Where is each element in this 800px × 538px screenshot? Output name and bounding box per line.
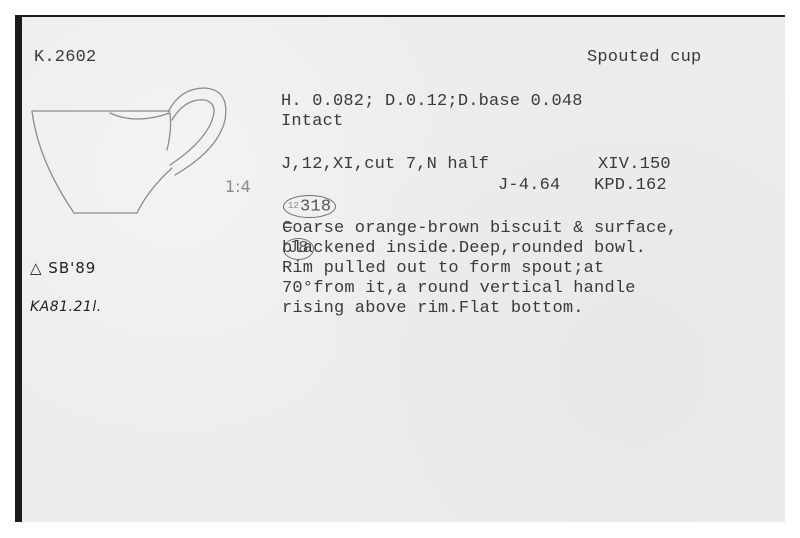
findspot: J,12,XI,cut 7,N half	[281, 155, 489, 175]
condition: Intact	[281, 112, 343, 132]
handwritten-note-sb89: △ SB'89	[30, 259, 96, 277]
catalog-number: K.2602	[34, 48, 96, 68]
description-line: blackened inside.Deep,rounded bowl.	[282, 239, 646, 259]
dimensions: H. 0.082; D.0.12;D.base 0.048	[281, 92, 583, 112]
handwritten-note-ka81: KA81.21l.	[30, 299, 102, 315]
drawing-ref-prefix: 12	[288, 201, 299, 211]
inventory-ref: XIV.150	[598, 155, 671, 175]
kpd-ref: KPD.162	[594, 176, 667, 196]
description-line: Coarse orange-brown biscuit & surface,	[282, 219, 677, 239]
scale-note: 1:4	[225, 177, 251, 196]
description-line: Rim pulled out to form spout;at	[282, 259, 604, 279]
description-line: rising above rim.Flat bottom.	[282, 299, 584, 319]
drawing-ref-number: 318	[300, 197, 331, 216]
description-line: 70°from it,a round vertical handle	[282, 279, 636, 299]
photo-ref: J-4.64	[498, 176, 560, 196]
drawing-ref-circle: 12318	[283, 195, 336, 218]
object-type: Spouted cup	[587, 48, 701, 68]
cup-sketch-icon	[20, 80, 240, 225]
